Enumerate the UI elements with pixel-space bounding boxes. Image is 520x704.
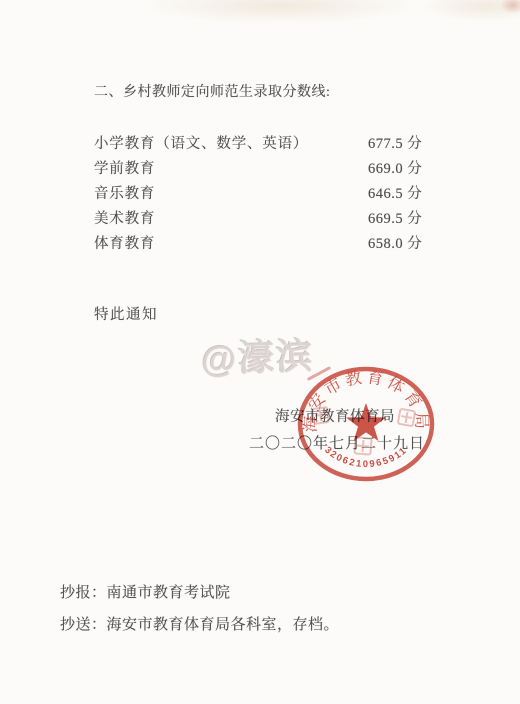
score-row: 学前教育 669.0 分: [94, 155, 426, 180]
score-value: 669.0 分: [368, 157, 422, 178]
scan-smudge-artifact: [140, 0, 420, 24]
seal-star-icon: [346, 403, 386, 441]
scan-smudge-artifact: [500, 0, 520, 14]
score-value: 677.5 分: [368, 132, 422, 153]
score-row: 美术教育 669.5 分: [94, 205, 426, 230]
section-heading: 二、乡村教师定向师范生录取分数线:: [94, 81, 330, 101]
seal-serial-number: 3206210965911: [322, 445, 410, 470]
score-list: 小学教育（语文、数学、英语） 677.5 分 学前教育 669.0 分 音乐教育…: [94, 130, 426, 255]
major-label: 体育教育: [94, 232, 155, 253]
major-label: 音乐教育: [94, 182, 155, 203]
major-label: 小学教育（语文、数学、英语）: [94, 132, 308, 153]
major-label: 学前教育: [94, 157, 155, 178]
score-row: 体育教育 658.0 分: [94, 230, 426, 255]
closing-note: 特此通知: [94, 303, 158, 324]
score-row: 小学教育（语文、数学、英语） 677.5 分: [94, 130, 426, 155]
score-value: 658.0 分: [368, 232, 422, 253]
official-seal: 海安市教育体育局 3206210965911: [293, 364, 439, 486]
cc-report-line: 抄报：南通市教育考试院: [60, 581, 231, 602]
scanned-notice-page: 二、乡村教师定向师范生录取分数线: 小学教育（语文、数学、英语） 677.5 分…: [0, 0, 520, 704]
score-value: 669.5 分: [368, 207, 422, 228]
score-value: 646.5 分: [368, 182, 422, 203]
major-label: 美术教育: [94, 207, 155, 228]
score-row: 音乐教育 646.5 分: [94, 180, 426, 205]
cc-send-line: 抄送：海安市教育体育局各科室，存档。: [60, 613, 339, 634]
scan-smudge-artifact: [420, 0, 520, 22]
